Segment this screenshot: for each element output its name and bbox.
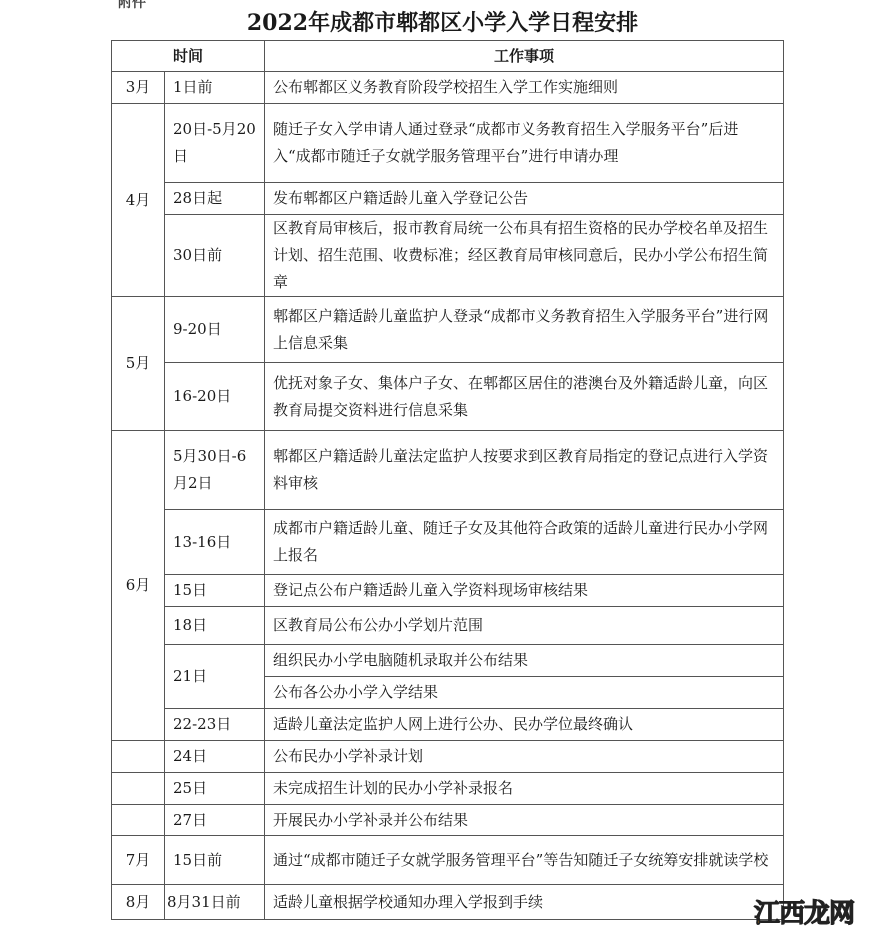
date-cell: 22-23日 xyxy=(165,709,265,741)
task-cell: 发布郫都区户籍适龄儿童入学登记公告 xyxy=(265,183,784,215)
date-cell: 27日 xyxy=(165,805,265,836)
task-cell: 区教育局审核后，报市教育局统一公布具有招生资格的民办学校名单及招生计划、招生范围… xyxy=(265,215,784,297)
table-row: 13-16日 成都市户籍适龄儿童、随迁子女及其他符合政策的适龄儿童进行民办小学网… xyxy=(112,510,784,575)
table-row: 4月 20日-5月20日 随迁子女入学申请人通过登录“成都市义务教育招生入学服务… xyxy=(112,104,784,183)
task-cell: 区教育局公布公办小学划片范围 xyxy=(265,607,784,645)
table-row: 24日 公布民办小学补录计划 xyxy=(112,741,784,773)
task-cell: 适龄儿童法定监护人网上进行公办、民办学位最终确认 xyxy=(265,709,784,741)
table-row: 3月 1日前 公布郫都区义务教育阶段学校招生入学工作实施细则 xyxy=(112,72,784,104)
date-cell: 9-20日 xyxy=(165,297,265,363)
task-cell: 优抚对象子女、集体户子女、在郫都区居住的港澳台及外籍适龄儿童，向区教育局提交资料… xyxy=(265,363,784,431)
table-row: 6月 5月30日-6月2日 郫都区户籍适龄儿童法定监护人按要求到区教育局指定的登… xyxy=(112,431,784,510)
month-cell xyxy=(112,805,165,836)
task-cell: 适龄儿童根据学校通知办理入学报到手续 xyxy=(265,885,784,920)
task-cell: 组织民办小学电脑随机录取并公布结果 xyxy=(265,645,784,677)
date-cell: 21日 xyxy=(165,645,265,709)
table-row: 27日 开展民办小学补录并公布结果 xyxy=(112,805,784,836)
date-cell: 8月31日前 xyxy=(165,885,265,920)
table-row: 5月 9-20日 郫都区户籍适龄儿童监护人登录“成都市义务教育招生入学服务平台”… xyxy=(112,297,784,363)
date-cell: 24日 xyxy=(165,741,265,773)
date-cell: 15日前 xyxy=(165,836,265,885)
task-cell: 通过“成都市随迁子女就学服务管理平台”等告知随迁子女统筹安排就读学校 xyxy=(265,836,784,885)
date-cell: 28日起 xyxy=(165,183,265,215)
task-cell: 随迁子女入学申请人通过登录“成都市义务教育招生入学服务平台”后进入“成都市随迁子… xyxy=(265,104,784,183)
date-cell: 25日 xyxy=(165,773,265,805)
table-row: 7月 15日前 通过“成都市随迁子女就学服务管理平台”等告知随迁子女统筹安排就读… xyxy=(112,836,784,885)
date-cell: 15日 xyxy=(165,575,265,607)
table-row: 30日前 区教育局审核后，报市教育局统一公布具有招生资格的民办学校名单及招生计划… xyxy=(112,215,784,297)
header-task: 工作事项 xyxy=(265,41,784,72)
task-cell: 公布郫都区义务教育阶段学校招生入学工作实施细则 xyxy=(265,72,784,104)
watermark-part-a: 江西 xyxy=(754,899,804,929)
month-cell: 5月 xyxy=(112,297,165,431)
month-cell xyxy=(112,741,165,773)
page-title: 2022年成都市郫都区小学入学日程安排 xyxy=(0,6,885,37)
table-row: 25日 未完成招生计划的民办小学补录报名 xyxy=(112,773,784,805)
date-cell: 20日-5月20日 xyxy=(165,104,265,183)
date-cell: 30日前 xyxy=(165,215,265,297)
month-cell: 8月 xyxy=(112,885,165,920)
task-cell: 郫都区户籍适龄儿童法定监护人按要求到区教育局指定的登记点进行入学资料审核 xyxy=(265,431,784,510)
table-header-row: 时间 工作事项 xyxy=(112,41,784,72)
date-cell: 16-20日 xyxy=(165,363,265,431)
table-row: 8月 8月31日前 适龄儿童根据学校通知办理入学报到手续 xyxy=(112,885,784,920)
table-row: 15日 登记点公布户籍适龄儿童入学资料现场审核结果 xyxy=(112,575,784,607)
date-cell: 1日前 xyxy=(165,72,265,104)
month-cell: 7月 xyxy=(112,836,165,885)
month-cell: 6月 xyxy=(112,431,165,741)
date-cell: 5月30日-6月2日 xyxy=(165,431,265,510)
task-cell: 郫都区户籍适龄儿童监护人登录“成都市义务教育招生入学服务平台”进行网上信息采集 xyxy=(265,297,784,363)
watermark-part-b: 龙网 xyxy=(804,899,854,929)
month-cell: 3月 xyxy=(112,72,165,104)
task-cell: 成都市户籍适龄儿童、随迁子女及其他符合政策的适龄儿童进行民办小学网上报名 xyxy=(265,510,784,575)
task-cell: 未完成招生计划的民办小学补录报名 xyxy=(265,773,784,805)
task-cell: 公布各公办小学入学结果 xyxy=(265,677,784,709)
table-row: 16-20日 优抚对象子女、集体户子女、在郫都区居住的港澳台及外籍适龄儿童，向区… xyxy=(112,363,784,431)
table-row: 28日起 发布郫都区户籍适龄儿童入学登记公告 xyxy=(112,183,784,215)
schedule-table: 时间 工作事项 3月 1日前 公布郫都区义务教育阶段学校招生入学工作实施细则 4… xyxy=(111,40,784,920)
table-row: 18日 区教育局公布公办小学划片范围 xyxy=(112,607,784,645)
date-cell: 13-16日 xyxy=(165,510,265,575)
task-cell: 开展民办小学补录并公布结果 xyxy=(265,805,784,836)
site-watermark-logo: 江西龙网 xyxy=(754,893,854,930)
table-row: 22-23日 适龄儿童法定监护人网上进行公办、民办学位最终确认 xyxy=(112,709,784,741)
task-cell: 登记点公布户籍适龄儿童入学资料现场审核结果 xyxy=(265,575,784,607)
date-cell: 18日 xyxy=(165,607,265,645)
header-time: 时间 xyxy=(112,41,265,72)
table-row: 21日 组织民办小学电脑随机录取并公布结果 xyxy=(112,645,784,677)
month-cell: 4月 xyxy=(112,104,165,297)
task-cell: 公布民办小学补录计划 xyxy=(265,741,784,773)
month-cell xyxy=(112,773,165,805)
